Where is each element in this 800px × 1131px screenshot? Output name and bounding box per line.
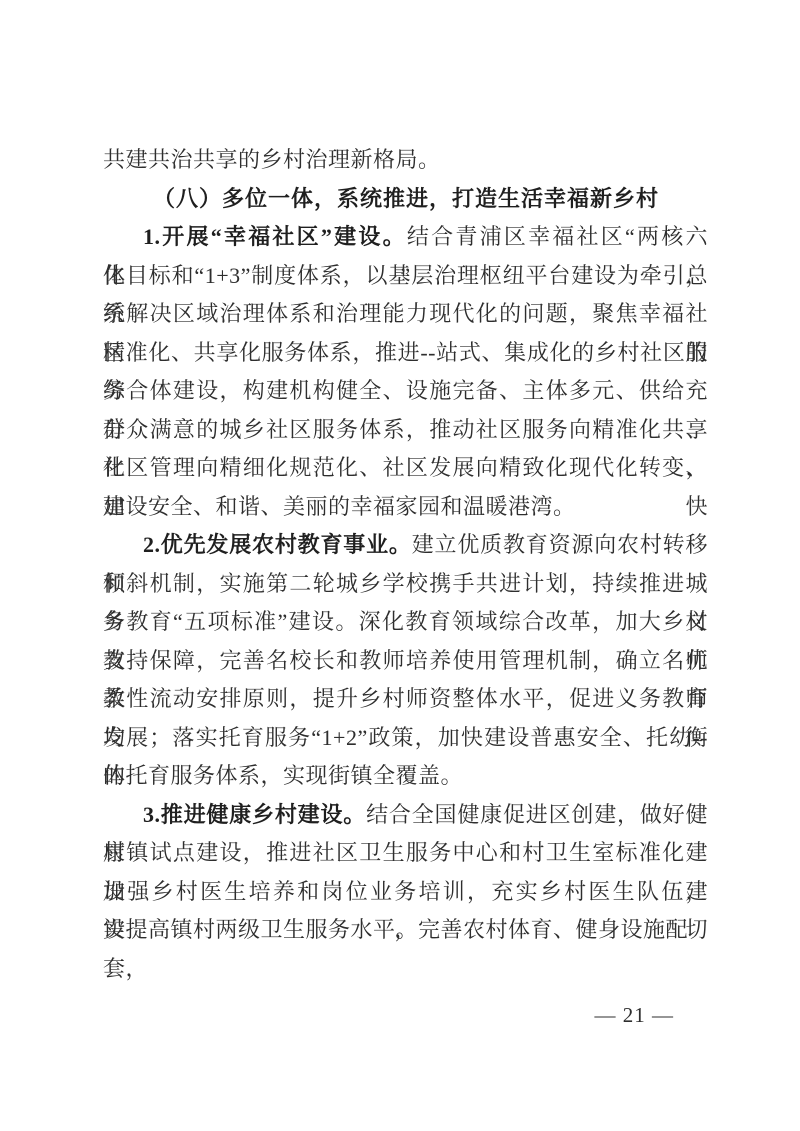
text-line: 共建共治共享的乡村治理新格局。 <box>103 141 708 180</box>
text-run: 共建共治共享的乡村治理新格局。 <box>103 147 441 172</box>
page-number: — 21 — <box>595 1000 675 1030</box>
text-line: 务教育“五项标准”建设。深化教育领域综合改革，加大乡村教师 <box>103 603 708 642</box>
bold-run: 2.优先发展农村教育事业。 <box>143 532 412 557</box>
document-page: 共建共治共享的乡村治理新格局。（八）多位一体，系统推进，打造生活幸福新乡村1.开… <box>0 0 800 1131</box>
text-line: 1.开展“幸福社区”建设。结合青浦区幸福社区“两核六化”总 <box>103 218 708 257</box>
text-line: 社区管理向精细化规范化、社区发展向精致化现代化转变，加快 <box>103 449 708 488</box>
bold-run: 1.开展“幸福社区”建设。 <box>143 224 407 249</box>
text-line: 发展；落实托育服务“1+2”政策，加快建设普惠安全、托幼--体 <box>103 719 708 758</box>
text-line: 2.优先发展农村教育事业。建立优质教育资源向农村转移和 <box>103 526 708 565</box>
section-heading: （八）多位一体，系统推进，打造生活幸福新乡村 <box>103 180 708 219</box>
text-line: 柔性流动安排原则，提升乡村师资整体水平，促进义务教育均衡 <box>103 680 708 719</box>
text-line: 加强乡村医生培养和岗位业务培训，充实乡村医生队伍建设，切 <box>103 873 708 912</box>
text-run: 实提高镇村两级卫生服务水平。完善农村体育、健身设施配套， <box>103 917 688 981</box>
text-line: 村镇试点建设，推进社区卫生服务中心和村卫生室标准化建设， <box>103 834 708 873</box>
text-line: 综合体建设，构建机构健全、设施完备、主体多元、供给充分、 <box>103 372 708 411</box>
text-line: 实提高镇村两级卫生服务水平。完善农村体育、健身设施配套， <box>103 911 708 950</box>
text-line: 统解决区域治理体系和治理能力现代化的问题，聚焦幸福社区的 <box>103 295 708 334</box>
bold-run: 3.推进健康乡村建设。 <box>143 802 366 827</box>
text-line: 精准化、共享化服务体系，推进--站式、集成化的乡村社区服务 <box>103 334 708 373</box>
text-run: 的托育服务体系，实现街镇全覆盖。 <box>103 763 463 788</box>
bold-run: （八）多位一体，系统推进，打造生活幸福新乡村 <box>153 186 659 211</box>
text-line: 支持保障，完善名校长和教师培养使用管理机制，确立名优教师 <box>103 642 708 681</box>
text-line: 群众满意的城乡社区服务体系，推动社区服务向精准化共享化、 <box>103 411 708 450</box>
text-line: 3.推进健康乡村建设。结合全国健康促进区创建，做好健康 <box>103 796 708 835</box>
text-line: 倾斜机制，实施第二轮城乡学校携手共进计划，持续推进城乡义 <box>103 565 708 604</box>
text-line: 的托育服务体系，实现街镇全覆盖。 <box>103 757 708 796</box>
text-run: 建设安全、和谐、美丽的幸福家园和温暖港湾。 <box>103 494 576 519</box>
document-body: 共建共治共享的乡村治理新格局。（八）多位一体，系统推进，打造生活幸福新乡村1.开… <box>103 141 708 950</box>
text-line: 体目标和“1+3”制度体系，以基层治理枢纽平台建设为牵引，系 <box>103 257 708 296</box>
